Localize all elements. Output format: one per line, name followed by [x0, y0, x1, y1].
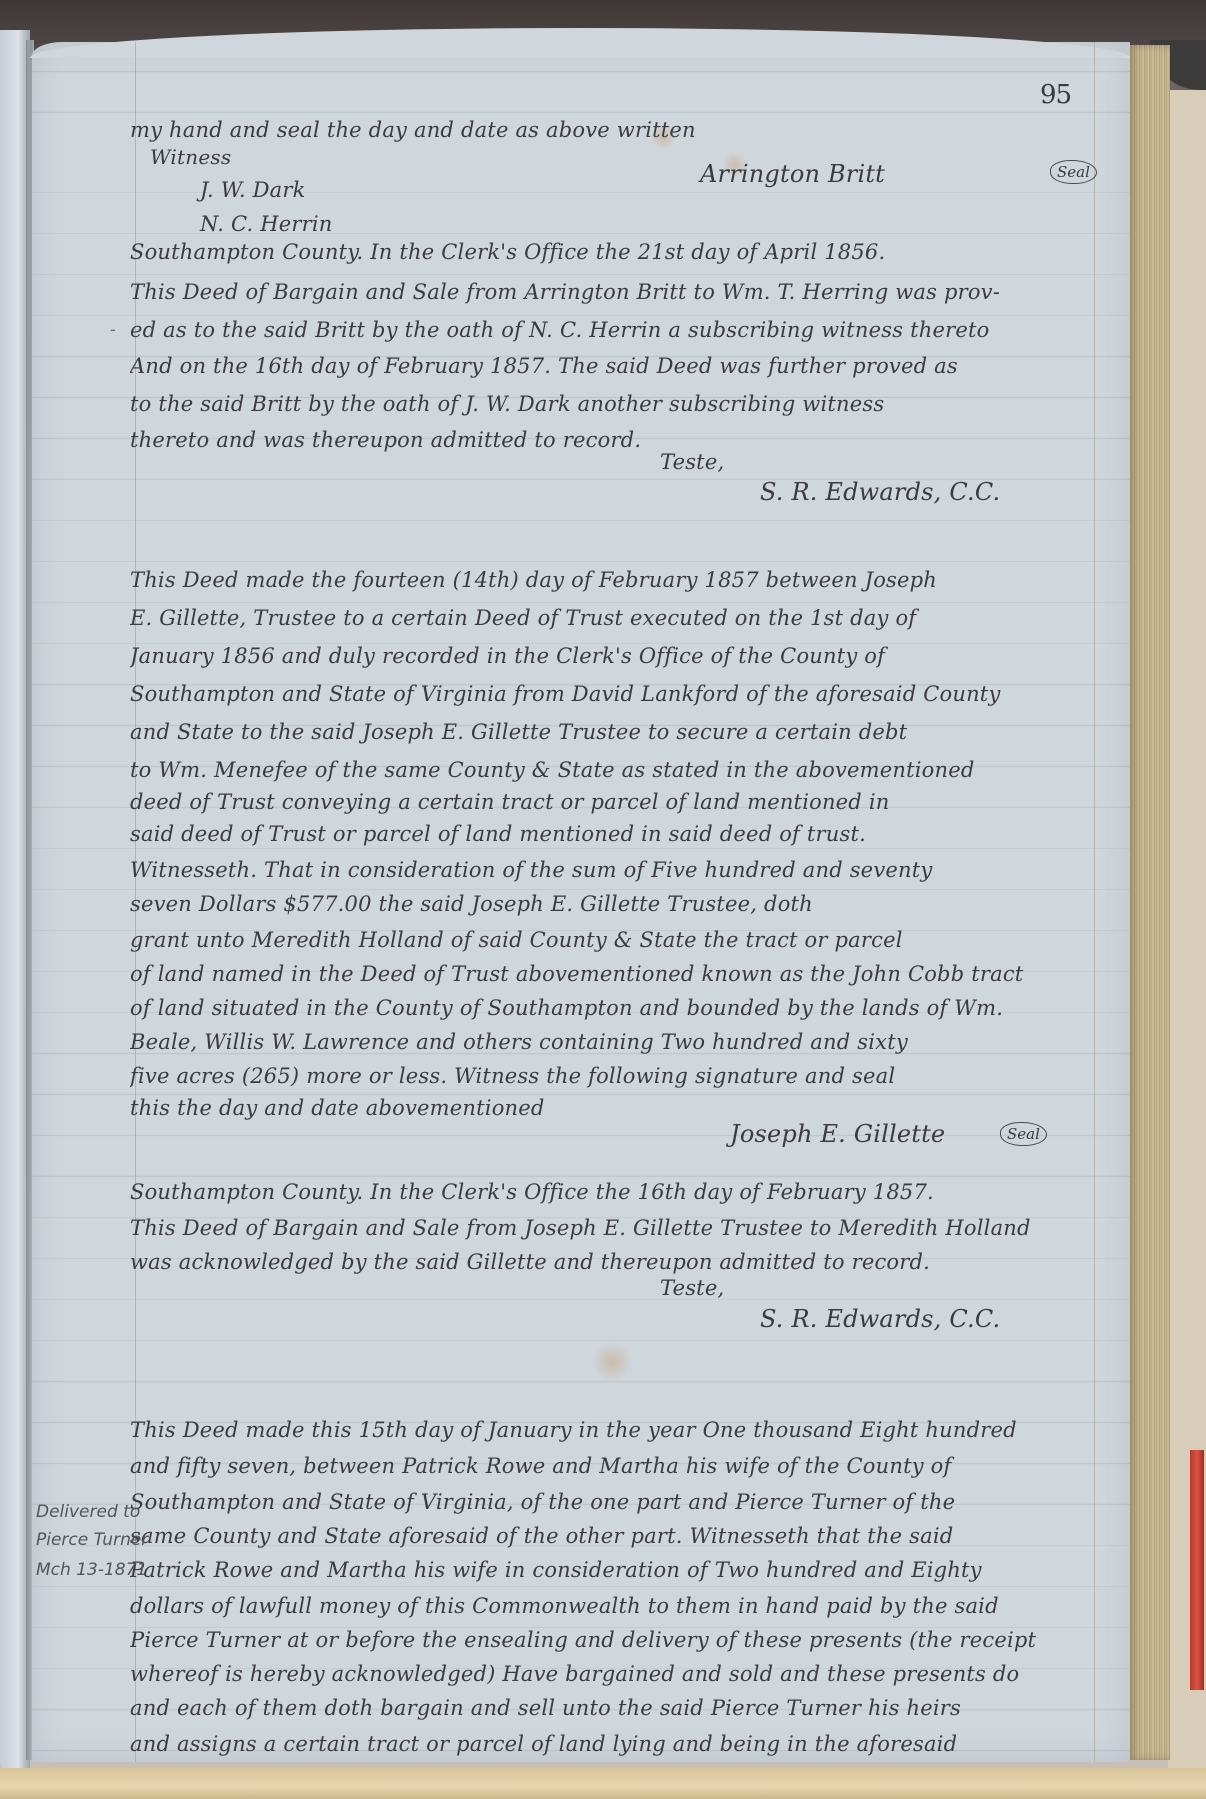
text-line: ed as to the said Britt by the oath of N…	[130, 318, 1130, 342]
seal-mark: Seal	[1050, 160, 1097, 184]
text-line: whereof is hereby acknowledged) Have bar…	[130, 1662, 1130, 1686]
scanned-ledger-scene: 95 my hand and seal the day and date as …	[0, 0, 1206, 1799]
text-line: and fifty seven, between Patrick Rowe an…	[130, 1454, 1130, 1478]
text-line: Southampton County. In the Clerk's Offic…	[130, 1180, 1130, 1204]
ribbon-bookmark	[1190, 1450, 1204, 1690]
text-line: January 1856 and duly recorded in the Cl…	[130, 644, 1130, 668]
text-line: dollars of lawfull money of this Commonw…	[130, 1594, 1130, 1618]
table-surface	[0, 1768, 1206, 1799]
text-line: said deed of Trust or parcel of land men…	[130, 822, 1130, 846]
text-line: of land situated in the County of Southa…	[130, 996, 1130, 1020]
margin-tick: -	[110, 320, 116, 339]
text-line: deed of Trust conveying a certain tract …	[130, 790, 1130, 814]
text-line: of land named in the Deed of Trust above…	[130, 962, 1130, 986]
text-line: Southampton County. In the Clerk's Offic…	[130, 240, 1130, 264]
text-line: to the said Britt by the oath of J. W. D…	[130, 392, 1130, 416]
text-line: same County and State aforesaid of the o…	[130, 1524, 1130, 1548]
teste-label: Teste,	[660, 1276, 724, 1300]
text-line: Southampton and State of Virginia from D…	[130, 682, 1130, 706]
text-line: E. Gillette, Trustee to a certain Deed o…	[130, 606, 1130, 630]
page-number: 95	[1040, 80, 1071, 110]
witness-name: J. W. Dark	[200, 178, 306, 202]
foxing-stain	[592, 1342, 632, 1382]
grantor-signature: Arrington Britt	[700, 160, 885, 188]
text-line: And on the 16th day of February 1857. Th…	[130, 354, 1130, 378]
text-line: This Deed made this 15th day of January …	[130, 1418, 1130, 1442]
margin-note-line: Mch 13-1871	[36, 1560, 147, 1580]
text-line: to Wm. Menefee of the same County & Stat…	[130, 758, 1130, 782]
text-line: seven Dollars $577.00 the said Joseph E.…	[130, 892, 1130, 916]
seal-mark: Seal	[1000, 1122, 1047, 1146]
text-line: Pierce Turner at or before the ensealing…	[130, 1628, 1130, 1652]
text-line: Witnesseth. That in consideration of the…	[130, 858, 1130, 882]
clerk-signature: S. R. Edwards, C.C.	[760, 478, 1000, 506]
text-line: my hand and seal the day and date as abo…	[130, 118, 1130, 142]
teste-label: Teste,	[660, 450, 724, 474]
margin-note-line: Delivered to	[36, 1502, 140, 1522]
grantor-signature: Joseph E. Gillette	[730, 1120, 945, 1148]
witness-name: N. C. Herrin	[200, 212, 333, 236]
text-line: Beale, Willis W. Lawrence and others con…	[130, 1030, 1130, 1054]
text-line: and State to the said Joseph E. Gillette…	[130, 720, 1130, 744]
text-line: This Deed of Bargain and Sale from Josep…	[130, 1216, 1130, 1240]
margin-note-line: Pierce Turner	[36, 1530, 148, 1550]
text-line: was acknowledged by the said Gillette an…	[130, 1250, 1130, 1274]
text-line: and each of them doth bargain and sell u…	[130, 1696, 1130, 1720]
text-line: This Deed made the fourteen (14th) day o…	[130, 568, 1130, 592]
page-edges	[1130, 45, 1170, 1760]
text-line: and assigns a certain tract or parcel of…	[130, 1732, 1130, 1756]
text-line: Patrick Rowe and Martha his wife in cons…	[130, 1558, 1130, 1582]
text-line: this the day and date abovementioned	[130, 1096, 1130, 1120]
text-line: grant unto Meredith Holland of said Coun…	[130, 928, 1130, 952]
witness-label: Witness	[150, 145, 231, 169]
text-line: five acres (265) more or less. Witness t…	[130, 1064, 1130, 1088]
text-line: This Deed of Bargain and Sale from Arrin…	[130, 280, 1130, 304]
clerk-signature: S. R. Edwards, C.C.	[760, 1305, 1000, 1333]
text-line: thereto and was thereupon admitted to re…	[130, 428, 1130, 452]
text-line: Southampton and State of Virginia, of th…	[130, 1490, 1130, 1514]
